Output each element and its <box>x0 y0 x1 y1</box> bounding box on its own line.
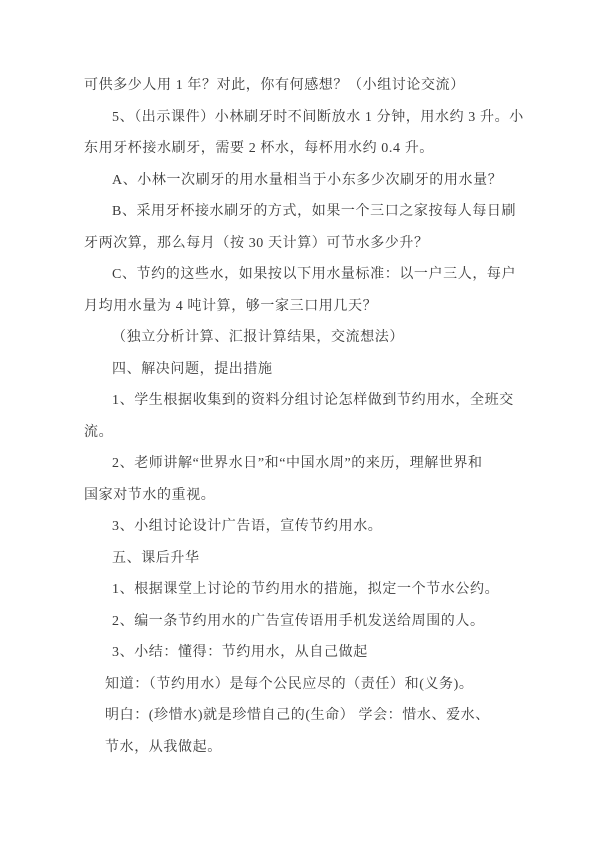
text-line: A、小林一次刷牙的用水量相当于小东多少次刷牙的用水量？ <box>84 165 514 197</box>
text-line: 2、编一条节约用水的广告宣传语用手机发送给周围的人。 <box>84 606 514 638</box>
text-line: 东用牙杯接水刷牙，需要 2 杯水，每杯用水约 0.4 升。 <box>84 133 514 165</box>
text-line: C、节约的这些水，如果按以下用水量标准：以一户三人，每户 <box>84 259 514 291</box>
text-line: 国家对节水的重视。 <box>84 480 514 512</box>
text-line: 流。 <box>84 417 514 449</box>
text-line: 月均用水量为 4 吨计算，够一家三口用几天？ <box>84 291 514 323</box>
document-page: 可供多少人用 1 年？对此，你有何感想？（小组讨论交流）5、（出示课件）小林刷牙… <box>0 0 595 842</box>
text-line: 1、学生根据收集到的资料分组讨论怎样做到节约用水，全班交 <box>84 385 514 417</box>
text-line: 2、老师讲解“世界水日”和“中国水周”的来历，理解世界和 <box>84 448 514 480</box>
text-line: 明白：(珍惜水)就是珍惜自己的(生命） 学会：惜水、爱水、 <box>84 700 514 732</box>
text-line: 1、根据课堂上讨论的节约用水的措施，拟定一个节水公约。 <box>84 574 514 606</box>
document-body: 可供多少人用 1 年？对此，你有何感想？（小组讨论交流）5、（出示课件）小林刷牙… <box>84 70 514 763</box>
text-line: 牙两次算，那么每月（按 30 天计算）可节水多少升？ <box>84 228 514 260</box>
text-line: 5、（出示课件）小林刷牙时不间断放水 1 分钟，用水约 3 升。小 <box>84 102 514 134</box>
text-line: 可供多少人用 1 年？对此，你有何感想？（小组讨论交流） <box>84 70 514 102</box>
text-line: 3、小结：懂得：节约用水，从自己做起 <box>84 637 514 669</box>
text-line: B、采用牙杯接水刷牙的方式，如果一个三口之家按每人每日刷 <box>84 196 514 228</box>
text-line: 知道：（节约用水）是每个公民应尽的（责任）和(义务)。 <box>84 669 514 701</box>
text-line: 四、解决问题，提出措施 <box>84 354 514 386</box>
text-line: 五、课后升华 <box>84 543 514 575</box>
text-line: （独立分析计算、汇报计算结果，交流想法） <box>84 322 514 354</box>
text-line: 节水，从我做起。 <box>84 732 514 764</box>
text-line: 3、小组讨论设计广告语，宣传节约用水。 <box>84 511 514 543</box>
